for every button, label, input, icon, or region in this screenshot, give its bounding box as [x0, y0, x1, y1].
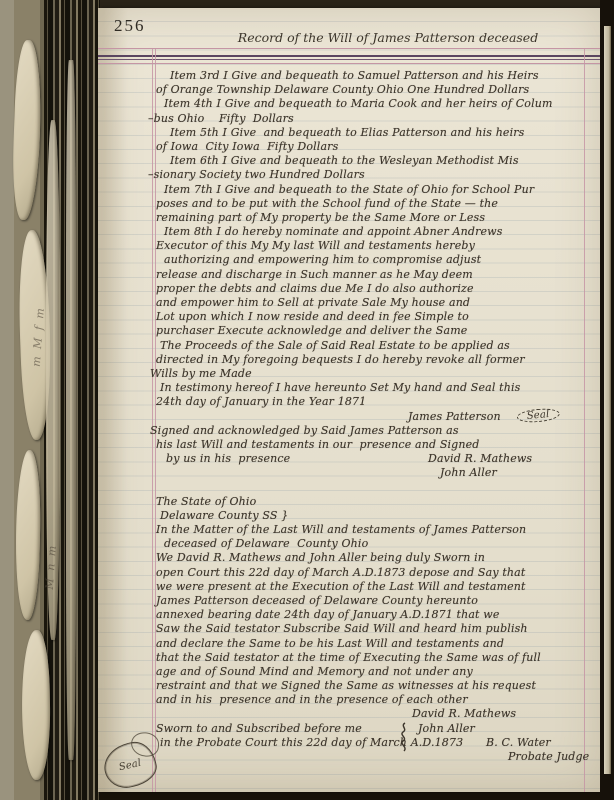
manuscript-line: and empower him to Sell at private Sale … — [156, 296, 592, 310]
manuscript-text: In the Matter of the Last Will and testa… — [156, 523, 526, 536]
manuscript-text: –sionary Society two Hundred Dollars — [148, 168, 365, 181]
manuscript-line: Saw the Said testator Subscribe Said Wil… — [156, 622, 592, 636]
manuscript-text: Item 3rd I Give and bequeath to Samuel P… — [170, 69, 539, 82]
manuscript-text: Wills by me Made — [150, 367, 252, 380]
torn-page-edge — [21, 630, 52, 780]
manuscript-line: Item 7th I Give and bequeath to the Stat… — [156, 183, 592, 197]
seal-annotation: Seal — [516, 407, 560, 424]
manuscript-text: –bus Ohio Fifty Dollars — [148, 112, 294, 125]
manuscript-text: and empower him to Sell at private Sale … — [156, 296, 470, 309]
page-title: Record of the Will of James Patterson de… — [218, 30, 558, 45]
header-rule-pink-top — [98, 48, 601, 49]
manuscript-text: authorizing and empowering him to compro… — [164, 253, 481, 266]
manuscript-text: we were present at the Execution of the … — [156, 580, 526, 593]
manuscript-signature: B. C. Water — [486, 736, 551, 749]
manuscript-text: Sworn to and Subscribed before me — [156, 722, 362, 735]
manuscript-text: that the Said testator at the time of Ex… — [156, 651, 541, 664]
torn-page-edge — [66, 60, 76, 760]
manuscript-line: Delaware County SS } — [156, 509, 592, 523]
manuscript-text: James Patterson — [408, 410, 501, 423]
next-page-paper-sliver — [604, 26, 611, 774]
manuscript-line: Probate Judge — [156, 750, 592, 764]
manuscript-text: James Patterson deceased of Delaware Cou… — [156, 594, 478, 607]
book-binding: m M f m M n m — [0, 0, 100, 800]
manuscript-line: of Orange Township Delaware County Ohio … — [156, 83, 592, 97]
next-page-edge — [600, 0, 614, 800]
manuscript-text: Signed and acknowledged by Said James Pa… — [150, 424, 459, 437]
ledger-photo: { "page": { "number": "256", "title": "R… — [0, 0, 614, 800]
ledger-page: 256 Record of the Will of James Patterso… — [98, 8, 601, 792]
manuscript-signature: John Aller — [440, 466, 497, 479]
manuscript-line: The Proceeds of the Sale of Said Real Es… — [156, 339, 592, 353]
manuscript-line: 24th day of January in the Year 1871 — [156, 395, 592, 409]
manuscript-text: age and of Sound Mind and Memory and not… — [156, 665, 473, 678]
manuscript-text: open Court this 22d day of March A.D.187… — [156, 566, 525, 579]
manuscript-text: Item 5th I Give and bequeath to Elias Pa… — [170, 126, 524, 139]
manuscript-body: Seal Item 3rd I Give and bequeath to Sam… — [156, 69, 592, 764]
manuscript-line: authorizing and empowering him to compro… — [156, 253, 592, 267]
manuscript-text: of Orange Township Delaware County Ohio … — [156, 83, 529, 96]
header-rule-pink-bottom — [98, 63, 601, 64]
manuscript-line: –bus Ohio Fifty Dollars — [156, 112, 592, 126]
manuscript-line: James PattersonSeal — [156, 410, 592, 424]
torn-page-edge — [11, 40, 43, 221]
manuscript-text: Item 6th I Give and bequeath to the Wesl… — [170, 154, 519, 167]
notary-seal-flourish: Seal — [100, 738, 160, 792]
manuscript-line: David R. Mathews — [156, 707, 592, 721]
manuscript-text: Delaware County SS } — [160, 509, 288, 522]
manuscript-signature: John Aller — [418, 722, 475, 735]
manuscript-text: of Iowa City Iowa Fifty Dollars — [156, 140, 338, 153]
manuscript-line: we were present at the Execution of the … — [156, 580, 592, 594]
manuscript-line: Item 6th I Give and bequeath to the Wesl… — [156, 154, 592, 168]
manuscript-text: release and discharge in Such manner as … — [156, 268, 473, 281]
manuscript-line: –sionary Society two Hundred Dollars — [156, 168, 592, 182]
manuscript-text: in the Probate Court this 22d day of Mar… — [160, 736, 463, 749]
manuscript-line: Lot upon which I now reside and deed in … — [156, 310, 592, 324]
manuscript-line: Wills by me Made — [156, 367, 592, 381]
manuscript-line: remaining part of My property be the Sam… — [156, 211, 592, 225]
manuscript-line: open Court this 22d day of March A.D.187… — [156, 566, 592, 580]
manuscript-line: purchaser Execute acknowledge and delive… — [156, 324, 592, 338]
manuscript-text: and in his presence and in the presence … — [156, 693, 468, 706]
manuscript-line: Signed and acknowledged by Said James Pa… — [156, 424, 592, 438]
manuscript-text: Item 7th I Give and bequeath to the Stat… — [164, 183, 534, 196]
manuscript-text: Saw the Said testator Subscribe Said Wil… — [156, 622, 528, 635]
manuscript-text: and declare the Same to be his Last Will… — [156, 637, 504, 650]
manuscript-line: proper the debts and claims due Me I do … — [156, 282, 592, 296]
manuscript-line: Sworn to and Subscribed before meJohn Al… — [156, 722, 592, 736]
manuscript-signature: David R. Mathews — [428, 452, 532, 465]
manuscript-line: Item 8th I do hereby nominate and appoin… — [156, 225, 592, 239]
manuscript-line: deceased of Delaware County Ohio — [156, 537, 592, 551]
manuscript-line: In testimony hereof I have hereunto Set … — [156, 381, 592, 395]
manuscript-line: Item 3rd I Give and bequeath to Samuel P… — [156, 69, 592, 83]
manuscript-text: 24th day of January in the Year 1871 — [156, 395, 366, 408]
manuscript-line: his last Will and testaments in our pres… — [156, 438, 592, 452]
manuscript-line: release and discharge in Such manner as … — [156, 268, 592, 282]
manuscript-text: poses and to be put with the School fund… — [156, 197, 498, 210]
manuscript-line: of Iowa City Iowa Fifty Dollars — [156, 140, 592, 154]
manuscript-text: We David R. Mathews and John Aller being… — [156, 551, 485, 564]
manuscript-text: remaining part of My property be the Sam… — [156, 211, 485, 224]
manuscript-text: by us in his presence — [166, 452, 290, 465]
manuscript-line: James Patterson deceased of Delaware Cou… — [156, 594, 592, 608]
manuscript-line: that the Said testator at the time of Ex… — [156, 651, 592, 665]
torn-page-edge — [14, 450, 42, 621]
manuscript-line — [156, 480, 592, 494]
manuscript-signature: David R. Mathews — [412, 707, 516, 720]
manuscript-line: Item 5th I Give and bequeath to Elias Pa… — [156, 126, 592, 140]
manuscript-text: annexed bearing date 24th day of January… — [156, 608, 500, 621]
page-number: 256 — [114, 16, 146, 36]
manuscript-text: Item 8th I do hereby nominate and appoin… — [164, 225, 503, 238]
manuscript-line: annexed bearing date 24th day of January… — [156, 608, 592, 622]
manuscript-text: directed in My foregoing bequests I do h… — [156, 353, 525, 366]
manuscript-line: restraint and that we Signed the Same as… — [156, 679, 592, 693]
manuscript-line: John Aller — [156, 466, 592, 480]
manuscript-line: and in his presence and in the presence … — [156, 693, 592, 707]
manuscript-line: Item 4th I Give and bequeath to Maria Co… — [156, 97, 592, 111]
manuscript-text: purchaser Execute acknowledge and delive… — [156, 324, 467, 337]
manuscript-text: The State of Ohio — [156, 495, 256, 508]
manuscript-line: We David R. Mathews and John Aller being… — [156, 551, 592, 565]
manuscript-text: Item 4th I Give and bequeath to Maria Co… — [164, 97, 553, 110]
manuscript-line: and declare the Same to be his Last Will… — [156, 637, 592, 651]
header-rule-dark — [98, 55, 601, 57]
manuscript-line: directed in My foregoing bequests I do h… — [156, 353, 592, 367]
manuscript-line: The State of Ohio — [156, 495, 592, 509]
manuscript-text: restraint and that we Signed the Same as… — [156, 679, 536, 692]
manuscript-text: proper the debts and claims due Me I do … — [156, 282, 474, 295]
manuscript-text: deceased of Delaware County Ohio — [164, 537, 368, 550]
manuscript-line: Executor of this My My last Will and tes… — [156, 239, 592, 253]
manuscript-signature: Probate Judge — [508, 750, 589, 763]
manuscript-text: his last Will and testaments in our pres… — [156, 438, 479, 451]
margin-line-left-outer — [152, 48, 153, 792]
manuscript-text: In testimony hereof I have hereunto Set … — [160, 381, 520, 394]
header-rule-dark-thin — [98, 59, 601, 60]
manuscript-text: Lot upon which I now reside and deed in … — [156, 310, 469, 323]
manuscript-line: in the Probate Court this 22d day of Mar… — [156, 736, 592, 750]
manuscript-line: age and of Sound Mind and Memory and not… — [156, 665, 592, 679]
manuscript-text: Executor of this My My last Will and tes… — [156, 239, 475, 252]
manuscript-line: In the Matter of the Last Will and testa… — [156, 523, 592, 537]
manuscript-text: The Proceeds of the Sale of Said Real Es… — [160, 339, 510, 352]
manuscript-line: by us in his presenceDavid R. Mathews — [156, 452, 592, 466]
manuscript-line: poses and to be put with the School fund… — [156, 197, 592, 211]
